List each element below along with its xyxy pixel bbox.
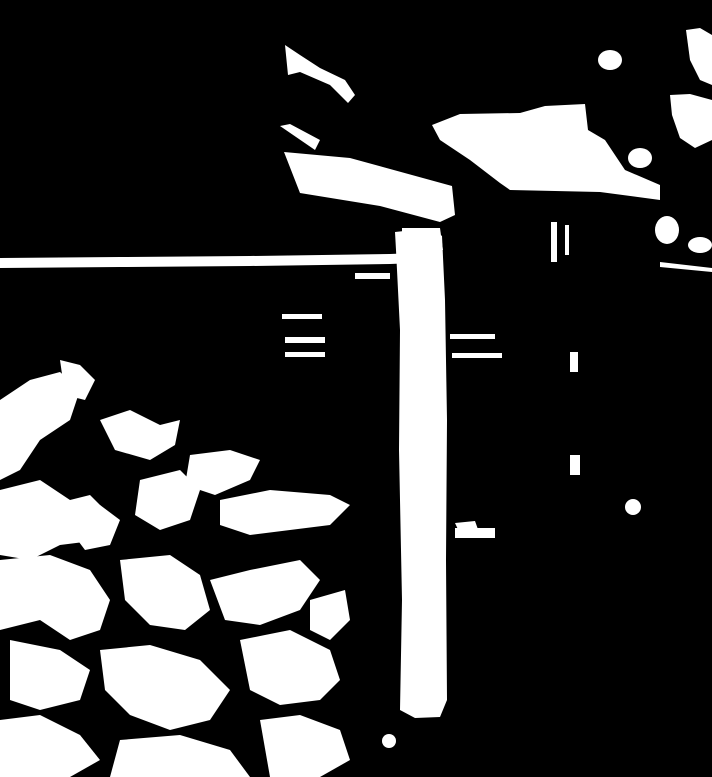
reflection [285,337,325,343]
reflection [570,455,580,475]
rail-ledge [355,273,390,279]
reflection [285,352,325,357]
reflection [282,314,322,319]
foliage-blob [628,148,652,168]
foliage-blob [688,237,712,253]
foliage-blob [625,499,641,515]
vertical-post [395,228,447,718]
foliage-blob [598,50,622,70]
downspout [551,222,557,262]
foliage-blob [655,216,679,244]
reflection [450,334,495,339]
reflection [452,353,502,358]
downspout-2 [565,225,569,255]
reflection [570,352,578,372]
foliage-blob [382,734,396,748]
photo-scene [0,0,712,777]
